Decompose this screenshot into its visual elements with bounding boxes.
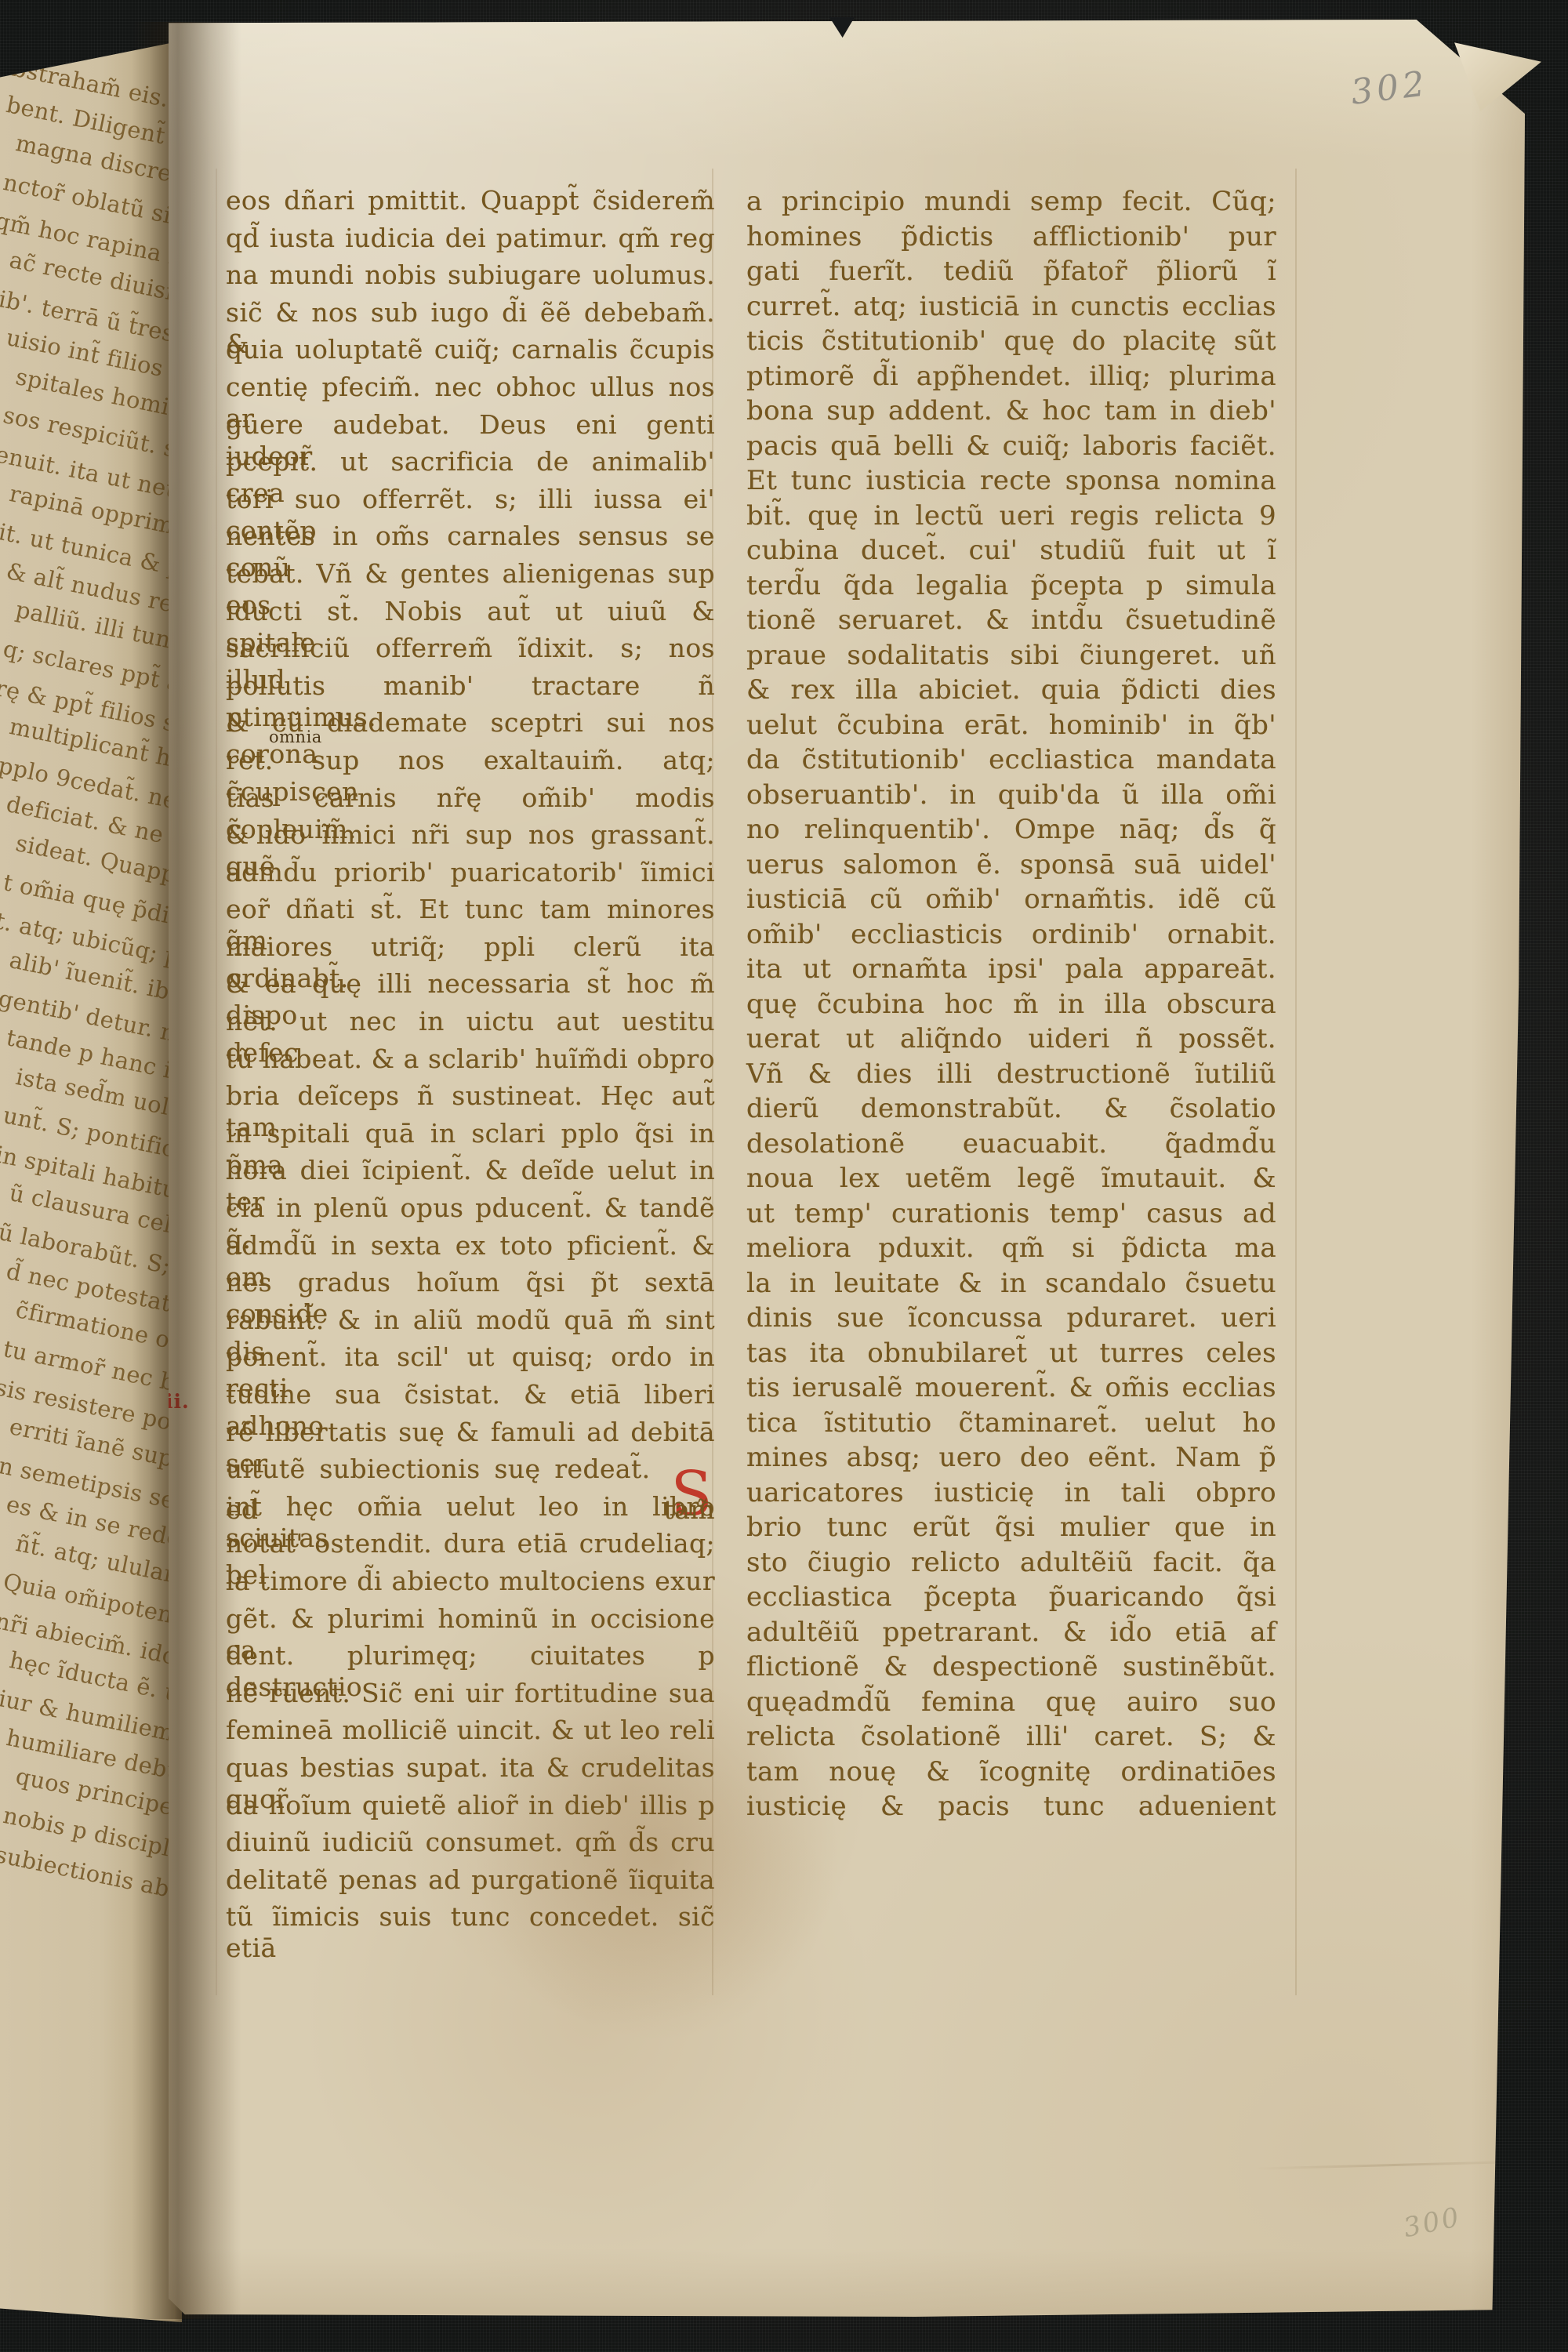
text-line: femineā molliciẽ uincit. & ut leo reli <box>226 1715 715 1752</box>
text-line: dent. plurimęq; ciuitates p destructio <box>226 1640 715 1678</box>
text-line: gati fuerĩt. tediũ p̃fator̃ p̃liorũ ĩ <box>746 256 1276 292</box>
right-text-column: a principio mundi semp fecit. Cũq;homine… <box>746 187 1276 1827</box>
text-line: tudine sua c̃sistat. & etiā liberi adhon… <box>226 1379 715 1417</box>
text-line: uaricatores iusticię in tali obpro <box>746 1478 1276 1513</box>
text-line: la in leuitate & in scandalo c̃suetu <box>746 1269 1276 1304</box>
text-line: delitatẽ penas ad purgationẽ ĩiquita <box>226 1864 715 1902</box>
interlinear-gloss: omnia <box>269 728 322 746</box>
text-line: rabunt̃. & in aliũ modũ quā m̃ sint dis <box>226 1305 715 1342</box>
text-line: adultẽiũ ppetrarant. & id̃o etiā af <box>746 1617 1276 1653</box>
text-line: quę c̃cubina hoc m̃ in illa obscura <box>746 989 1276 1025</box>
text-line: sacrificiũ offerrem̃ ĩdixit. s; nos illu… <box>226 633 715 670</box>
text-line: tas ita obnubilaret̃ ut turres celes <box>746 1338 1276 1374</box>
text-line: Et tunc iusticia recte sponsa nomina <box>746 466 1276 501</box>
column-ruling-line <box>216 169 217 1995</box>
text-line: uerat ut aliq̃ndo uideri ñ possẽt. <box>746 1024 1276 1059</box>
text-line: eccliastica p̃cepta p̃uaricando q̃si <box>746 1582 1276 1617</box>
text-line: tebat. Vñ & gentes alienigenas sup eos <box>226 558 715 596</box>
text-line: homines p̃dictis afflictionib' pur <box>746 222 1276 257</box>
text-line: bria deĩceps ñ sustineat. Hęc aut̃ tam <box>226 1080 715 1118</box>
text-line: admd̃u priorib' puaricatorib' ĩimici <box>226 857 715 895</box>
text-line: uitutẽ subiectionis suę redeat̃. Sed tam… <box>226 1454 715 1491</box>
text-line: noua lex uetẽm legẽ ĩmutauit. & <box>746 1163 1276 1199</box>
text-line: pcepit. ut sacrificia de animalib' crea <box>226 446 715 484</box>
text-line: la timore d̃i abiecto multociens exur <box>226 1566 715 1603</box>
text-line: bona sup addent. & hoc tam in dieb' <box>746 396 1276 431</box>
left-text-column: eos dñari pmittit. Quappt̃ c̃siderem̃qd̃… <box>226 185 715 1939</box>
text-line: dinis sue ĩconcussa pduraret. ueri <box>746 1303 1276 1338</box>
text-line: brio tunc erũt q̃si mulier que in <box>746 1512 1276 1548</box>
text-line: nẽt. ut nec in uictu aut uestitu defec <box>226 1006 715 1044</box>
text-line: tam nouę & ĩcognitę ordinatiōes <box>746 1757 1276 1792</box>
text-line: iducti st̃. Nobis aut̃ ut uiuũ & spitale <box>226 596 715 633</box>
margin-numeral-red: ii. <box>165 1390 190 1413</box>
text-line: tionẽ seruaret. & intd̃u c̃suetudinẽ <box>746 605 1276 641</box>
text-line: flictionẽ & despectionẽ sustinẽbũt. <box>746 1652 1276 1687</box>
text-line: iusticię & pacis tunc aduenient <box>746 1791 1276 1827</box>
text-line: om̃ib' eccliasticis ordinib' ornabit. <box>746 920 1276 955</box>
text-line: terd̃u q̃da legalia p̃cepta p simula <box>746 571 1276 606</box>
text-line: in spitali quā in sclari pplo q̃si in p̃… <box>226 1118 715 1156</box>
text-line: quęadmd̃ũ femina quę auiro suo <box>746 1687 1276 1722</box>
text-line: eos dñari pmittit. Quappt̃ c̃siderem̃ <box>226 185 715 223</box>
text-line: nentes in om̃s carnales sensus se conũ <box>226 521 715 558</box>
text-line: centię pfecim̃. nec obhoc ullus nos ar <box>226 372 715 409</box>
text-line: meliora pduxit. qm̃ si p̃dicta ma <box>746 1233 1276 1269</box>
text-line: ptimorẽ d̃i app̃hendet. illiq; plurima <box>746 361 1276 397</box>
text-line: sic̃ & nos sub iugo d̃i ẽẽ debebam̃. & <box>226 297 715 335</box>
text-line: admd̃ũ in sexta ex toto pficient̃. & om <box>226 1230 715 1268</box>
text-line: notat' ostendit. dura etiā crudeliaq; be… <box>226 1528 715 1566</box>
text-line: relicta c̃solationẽ illi' caret. S; & <box>746 1722 1276 1757</box>
manuscript-page: eos dñari pmittit. Quappt̃ c̃siderem̃qd̃… <box>169 20 1525 2317</box>
text-line: tias carnis nr̃ę om̃ib' modis c̃opleuim̃… <box>226 782 715 820</box>
text-line: na mundi nobis subiugare uolumus. <box>226 260 715 297</box>
text-line: a principio mundi semp fecit. Cũq; <box>746 187 1276 222</box>
text-line: da c̃stitutionib' eccliastica mandata <box>746 745 1276 780</box>
text-line: & ido ĩimici nr̃i sup nos grassant̃. quẽ <box>226 819 715 857</box>
text-line: ponent̃. ita scil' ut quisq; ordo in rec… <box>226 1341 715 1379</box>
parchment-crease <box>1254 2160 1537 2169</box>
faint-corner-number: 300 <box>1401 2201 1465 2244</box>
text-line: bit̃. quę in lectũ ueri regis relicta 9 <box>746 501 1276 536</box>
text-line: gẽt. & plurimi hominũ in occisione ca <box>226 1603 715 1641</box>
text-line: uelut c̃cubina erāt. hominib' in q̃b' <box>746 710 1276 746</box>
text-line: cia in plenũ opus pducent̃. & tandẽ q̃. <box>226 1192 715 1230</box>
text-line: maiores utriq̃; ppli clerũ ita ordinabt̃… <box>226 931 715 969</box>
text-line: Vñ & dies illi destructionẽ ĩutiliũ <box>746 1059 1276 1094</box>
text-line: eor̃ dñati st̃. Et tunc tam minores q̃m <box>226 894 715 931</box>
text-line: quas bestias supat. ita & crudelitas quo… <box>226 1752 715 1790</box>
text-line: ret. sup nos exaltauim̃. atq; c̃cupiscen <box>226 745 715 782</box>
text-line: iusticiā cũ om̃ib' ornam̃tis. idẽ cũ <box>746 884 1276 920</box>
text-line: quia uoluptatẽ cuiq̃; carnalis c̃cupis <box>226 334 715 372</box>
text-line: guere audebat. Deus eni genti iudeor̃ <box>226 409 715 447</box>
text-line: da hoĩum quietẽ alior̃ in dieb' illis p <box>226 1790 715 1828</box>
text-line: ita ut ornam̃ta ipsi' pala appareāt. <box>746 954 1276 989</box>
text-line: & ea quę illi necessaria st̃ hoc m̃ disp… <box>226 968 715 1006</box>
text-line: tis ierusalẽ mouerent̃. & om̃is ecclias <box>746 1373 1276 1408</box>
text-line: rẽ libertatis suę & famuli ad debitā ser <box>226 1417 715 1454</box>
text-line: diuinũ iudiciũ consumet. qm̃ d̃s cru <box>226 1827 715 1864</box>
facing-page-edge: abstraham̃ eis. qd̃ ĩbent. Diligent̃ aut… <box>0 41 182 2322</box>
text-line: tica ĩstitutio c̃taminaret̃. uelut ho <box>746 1408 1276 1443</box>
text-line: pollutis manib' tractare ñ ptimuimus. <box>226 670 715 708</box>
text-line: tũ ĩimicis suis tunc concedet. sic̃ etiā <box>226 1901 715 1939</box>
text-line: cubina ducet̃. cui' studiũ fuit ut ĩ <box>746 535 1276 571</box>
text-line: mines absq; uero deo eẽnt. Nam p̃ <box>746 1443 1276 1478</box>
folio-number: 302 <box>1348 64 1430 113</box>
text-line: uerus salomon ẽ. sponsā suā uidel' <box>746 850 1276 885</box>
text-line: curret̃. atq; iusticiā in cunctis ecclia… <box>746 292 1276 327</box>
manuscript-photo: abstraham̃ eis. qd̃ ĩbent. Diligent̃ aut… <box>0 0 1568 2352</box>
text-line: no relinquentib'. Ompe nāq; d̃s q̃ <box>746 815 1276 850</box>
text-line: pacis quā belli & cuiq̃; laboris faciẽt. <box>746 431 1276 466</box>
text-line: desolationẽ euacuabit. q̃admd̃u <box>746 1129 1276 1164</box>
text-line: tũ habeat. & a sclarib' huĩm̃di obpro <box>226 1044 715 1081</box>
text-line: ticis c̃stitutionib' quę do placitę sũt <box>746 326 1276 361</box>
column-ruling-line <box>1295 169 1297 1995</box>
text-line: tori suo offerrẽt. s; illi iussa ei' con… <box>226 484 715 521</box>
facing-page-text: abstraham̃ eis. qd̃ ĩbent. Diligent̃ aut… <box>0 41 182 2322</box>
text-line: nes gradus hoĩum q̃si p̃t sextā conside <box>226 1267 715 1305</box>
text-line: nẽ ruent. Sic̃ eni uir fortitudine sua <box>226 1678 715 1715</box>
text-line: ut temp' curationis temp' casus ad <box>746 1199 1276 1234</box>
text-line: sto c̃iugio relicto adultẽiũ facit. q̃a <box>746 1548 1276 1583</box>
text-line: qd̃ iusta iudicia dei patimur. qm̃ reg <box>226 223 715 260</box>
text-line: obseruantib'. in quib'da ũ illa om̃i <box>746 780 1276 815</box>
text-line: dierũ demonstrabũt. & c̃solatio <box>746 1094 1276 1129</box>
text-line: praue sodalitatis sibi c̃iungeret. uñ <box>746 641 1276 676</box>
text-line: hora diei ĩcipient̃. & deĩde uelut in te… <box>226 1155 715 1192</box>
text-line: & rex illa abiciet. quia p̃dicti dies <box>746 675 1276 710</box>
